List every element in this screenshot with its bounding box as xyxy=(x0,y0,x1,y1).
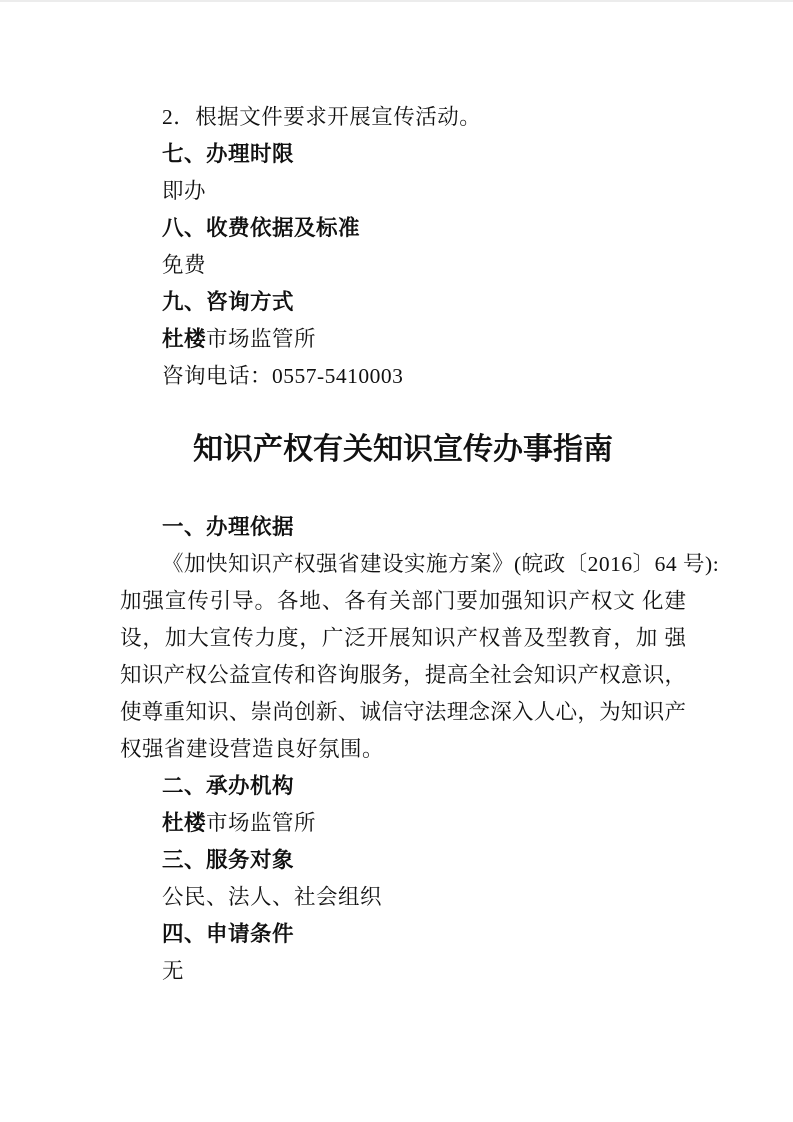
basis-paragraph-line-1: 《加快知识产权强省建设实施方案》(皖政〔2016〕64 号): xyxy=(120,546,686,583)
page-top-edge xyxy=(0,0,793,2)
basis-paragraph-line-5: 使尊重知识、崇尚创新、诚信守法理念深入人心，为知识产 xyxy=(120,694,686,731)
heading-undertaking-agency: 二、承办机构 xyxy=(120,768,686,805)
text-none: 无 xyxy=(120,953,686,990)
consultation-phone-line: 咨询电话：0557-5410003 xyxy=(120,358,686,395)
heading-handling-basis: 一、办理依据 xyxy=(120,509,686,546)
office-name-regular-part: 市场监管所 xyxy=(206,327,316,351)
text-service-target: 公民、法人、社会组织 xyxy=(120,879,686,916)
body-line-step2: 2．根据文件要求开展宣传活动。 xyxy=(120,99,686,136)
office-name-line: 杜楼市场监管所 xyxy=(120,321,686,358)
basis-paragraph-line-3: 设，加大宣传力度，广泛开展知识产权普及型教育，加 强 xyxy=(120,620,686,657)
basis-paragraph-line-4: 知识产权公益宣传和咨询服务，提高全社会知识产权意识， xyxy=(120,657,686,694)
text-free-of-charge: 免费 xyxy=(120,247,686,284)
document-page: 2．根据文件要求开展宣传活动。 七、办理时限 即办 八、收费依据及标准 免费 九… xyxy=(0,0,793,1122)
guide-body-section: 一、办理依据 《加快知识产权强省建设实施方案》(皖政〔2016〕64 号): 加… xyxy=(120,509,686,990)
heading-application-conditions: 四、申请条件 xyxy=(120,916,686,953)
basis-paragraph-line-2: 加强宣传引导。各地、各有关部门要加强知识产权文 化建 xyxy=(120,583,686,620)
agency-name-regular-part: 市场监管所 xyxy=(206,811,316,835)
heading-fee-basis: 八、收费依据及标准 xyxy=(120,210,686,247)
heading-service-target: 三、服务对象 xyxy=(120,842,686,879)
previous-guide-section: 2．根据文件要求开展宣传活动。 七、办理时限 即办 八、收费依据及标准 免费 九… xyxy=(120,99,686,395)
document-content: 2．根据文件要求开展宣传活动。 七、办理时限 即办 八、收费依据及标准 免费 九… xyxy=(120,99,686,990)
agency-name-line: 杜楼市场监管所 xyxy=(120,805,686,842)
text-immediate-handling: 即办 xyxy=(120,173,686,210)
heading-processing-time: 七、办理时限 xyxy=(120,136,686,173)
agency-name-bold-part: 杜楼 xyxy=(162,811,206,835)
office-name-bold-part: 杜楼 xyxy=(162,327,206,351)
basis-paragraph-line-6: 权强省建设营造良好氛围。 xyxy=(120,731,686,768)
heading-consultation-method: 九、咨询方式 xyxy=(120,284,686,321)
document-title: 知识产权有关知识宣传办事指南 xyxy=(120,427,686,473)
